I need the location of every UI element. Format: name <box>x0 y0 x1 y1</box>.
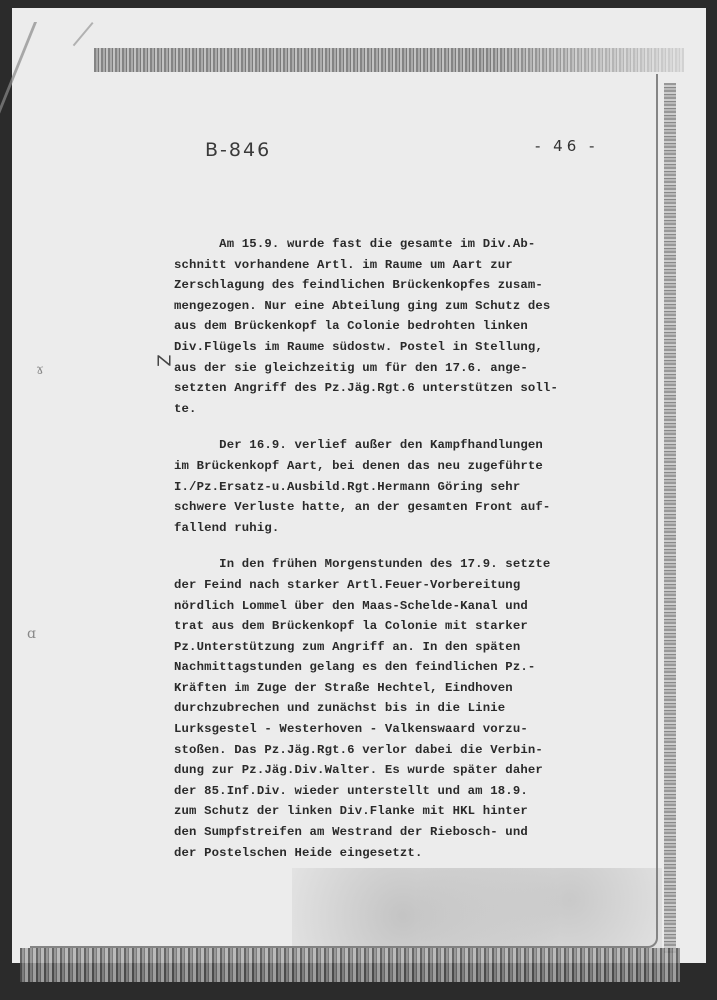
text-line: den Sumpfstreifen am Westrand der Riebos… <box>174 822 644 843</box>
paragraph-gap <box>174 419 644 435</box>
text-line: der 85.Inf.Div. wieder unterstellt und a… <box>174 781 644 802</box>
text-line: aus dem Brückenkopf la Colonie bedrohten… <box>174 316 644 337</box>
margin-scribble-icon: ɑ <box>27 626 36 642</box>
text-line: zum Schutz der linken Div.Flanke mit HKL… <box>174 801 644 822</box>
text-line: Div.Flügels im Raume südostw. Postel in … <box>174 337 644 358</box>
text-line: I./Pz.Ersatz-u.Ausbild.Rgt.Hermann Görin… <box>174 477 644 498</box>
text-line: setzten Angriff des Pz.Jäg.Rgt.6 unterst… <box>174 378 644 399</box>
text-line: durchzubrechen und zunächst bis in die L… <box>174 698 644 719</box>
margin-handwritten-mark: Z <box>153 354 174 366</box>
text-line: Lurksgestel - Westerhoven - Valkenswaard… <box>174 719 644 740</box>
text-line: der Feind nach starker Artl.Feuer-Vorber… <box>174 575 644 596</box>
text-line: stoßen. Das Pz.Jäg.Rgt.6 verlor dabei di… <box>174 740 644 761</box>
text-line: der Postelschen Heide eingesetzt. <box>174 843 644 864</box>
text-line: Kräften im Zuge der Straße Hechtel, Eind… <box>174 678 644 699</box>
document-body: Am 15.9. wurde fast die gesamte im Div.A… <box>174 234 644 863</box>
scan-noise <box>292 868 662 948</box>
text-line: Zerschlagung des feindlichen Brückenkopf… <box>174 275 644 296</box>
scan-artifact-fade <box>492 48 684 72</box>
text-line: schnitt vorhandene Artl. im Raume um Aar… <box>174 255 644 276</box>
text-line: dung zur Pz.Jäg.Div.Walter. Es wurde spä… <box>174 760 644 781</box>
paragraph: In den frühen Morgenstunden des 17.9. se… <box>174 554 644 863</box>
text-line: In den frühen Morgenstunden des 17.9. se… <box>174 554 644 575</box>
text-line: mengezogen. Nur eine Abteilung ging zum … <box>174 296 644 317</box>
paragraph-gap <box>174 538 644 554</box>
scan-artifact-right-band <box>664 83 676 953</box>
text-line: im Brückenkopf Aart, bei denen das neu z… <box>174 456 644 477</box>
text-line: Pz.Unterstützung zum Angriff an. In den … <box>174 637 644 658</box>
text-line: trat aus dem Brückenkopf la Colonie mit … <box>174 616 644 637</box>
text-line: te. <box>174 399 644 420</box>
paragraph: Am 15.9. wurde fast die gesamte im Div.A… <box>174 234 644 419</box>
document-reference: B-846 <box>205 139 271 161</box>
text-line: nördlich Lommel über den Maas-Schelde-Ka… <box>174 596 644 617</box>
page-number: - 46 - <box>535 137 598 155</box>
text-line: aus der sie gleichzeitig um für den 17.6… <box>174 358 644 379</box>
scan-artifact-bottom-band <box>20 948 680 982</box>
margin-scribble-icon: ɤ <box>36 362 44 378</box>
text-line: schwere Verluste hatte, an der gesamten … <box>174 497 644 518</box>
folded-corner-edge <box>73 22 94 46</box>
paragraph: Der 16.9. verlief außer den Kampfhandlun… <box>174 435 644 538</box>
text-line: Am 15.9. wurde fast die gesamte im Div.A… <box>174 234 644 255</box>
text-line: Der 16.9. verlief außer den Kampfhandlun… <box>174 435 644 456</box>
text-line: fallend ruhig. <box>174 518 644 539</box>
text-line: Nachmittagstunden gelang es den feindlic… <box>174 657 644 678</box>
